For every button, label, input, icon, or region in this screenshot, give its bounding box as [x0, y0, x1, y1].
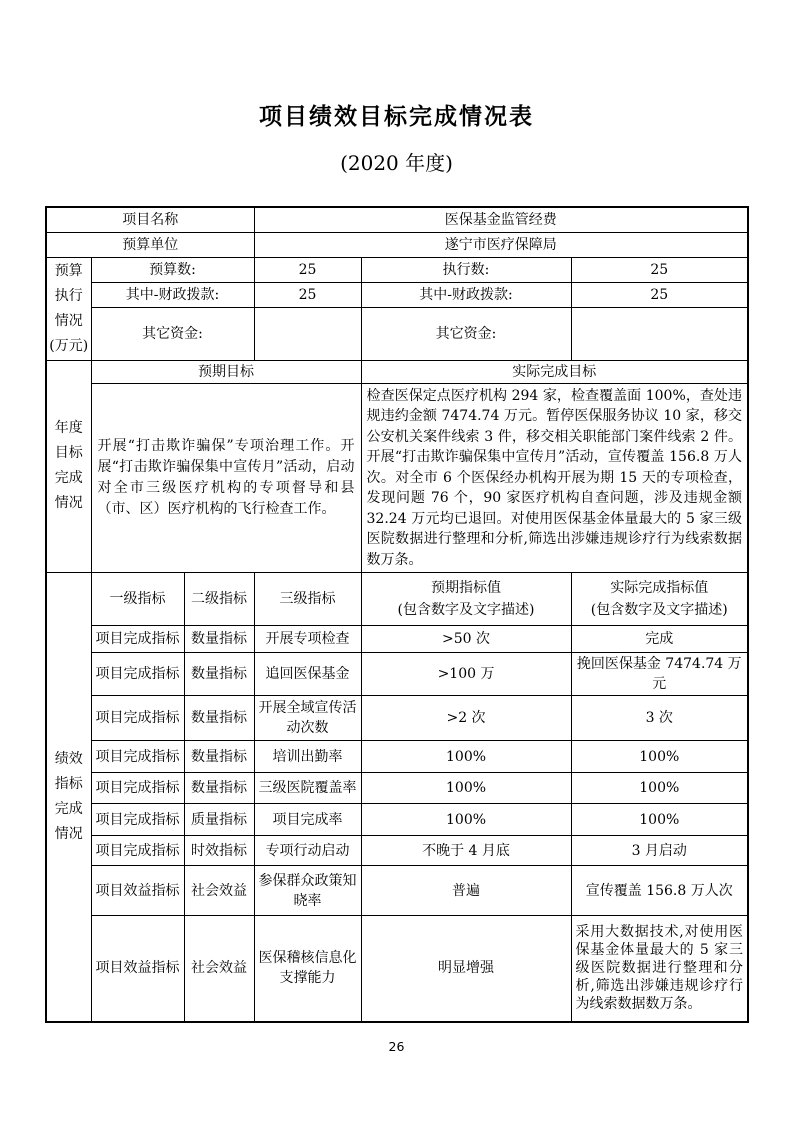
cell-expected-target-text: 开展“打击欺诈骗保”专项治理工作。开展“打击欺诈骗保集中宣传月”活动，启动对全市…	[91, 383, 361, 573]
cell-expected: 100%	[361, 773, 571, 804]
cell-actual: 采用大数据技术,对使用医保基金体量最大的 5 家三级医院数据进行整理和分析,筛选…	[571, 916, 748, 1022]
cell-level3: 培训出勤率	[254, 741, 361, 773]
cell-budget-label: 其它资金:	[91, 307, 254, 360]
cell-level3: 专项行动启动	[254, 836, 361, 866]
cell-expected-target-header: 预期目标	[91, 360, 361, 383]
col-header-actual-value: 实际完成指标值 (包含数字及文字描述)	[571, 573, 748, 626]
indicator-row: 项目完成指标 时效指标 专项行动启动 不晚于 4 月底 3 月启动	[46, 836, 748, 866]
table-row: 年度 目标 完成 情况 预期目标 实际完成目标	[46, 360, 748, 383]
cell-budget-unit-label: 预算单位	[46, 232, 254, 257]
indicator-row: 项目完成指标 数量指标 追回医保基金 >100 万 挽回医保基金 7474.74…	[46, 653, 748, 696]
table-row: 其它资金: 其它资金:	[46, 307, 748, 360]
cell-budget-label: 其它资金:	[361, 307, 571, 360]
indicator-row: 项目完成指标 数量指标 开展专项检查 >50 次 完成	[46, 626, 748, 653]
cell-level1: 项目完成指标	[91, 696, 184, 741]
cell-level2: 数量指标	[184, 741, 254, 773]
cell-actual-target-header: 实际完成目标	[361, 360, 748, 383]
cell-budget-value	[254, 307, 361, 360]
indicator-row: 项目完成指标 数量指标 三级医院覆盖率 100% 100%	[46, 773, 748, 804]
table-row: 预算 执行 情况 (万元) 预算数: 25 执行数: 25	[46, 257, 748, 282]
performance-table: 项目名称 医保基金监管经费 预算单位 遂宁市医疗保障局 预算 执行 情况 (万元…	[45, 206, 749, 1023]
cell-expected: 明显增强	[361, 916, 571, 1022]
section-label-annual-target: 年度 目标 完成 情况	[46, 360, 91, 573]
col-header-level1: 一级指标	[91, 573, 184, 626]
cell-level3: 三级医院覆盖率	[254, 773, 361, 804]
cell-project-name-value: 医保基金监管经费	[254, 207, 748, 232]
cell-budget-value: 25	[571, 282, 748, 307]
table-row: 预算单位 遂宁市医疗保障局	[46, 232, 748, 257]
section-label-budget-execution: 预算 执行 情况 (万元)	[46, 257, 91, 360]
cell-level1: 项目完成指标	[91, 626, 184, 653]
cell-budget-value: 25	[254, 257, 361, 282]
cell-level2: 数量指标	[184, 773, 254, 804]
indicator-row: 项目效益指标 社会效益 参保群众政策知晓率 普遍 宣传覆盖 156.8 万人次	[46, 866, 748, 916]
cell-expected: 不晚于 4 月底	[361, 836, 571, 866]
col-header-level2: 二级指标	[184, 573, 254, 626]
cell-budget-label: 其中-财政拨款:	[361, 282, 571, 307]
cell-level3: 参保群众政策知晓率	[254, 866, 361, 916]
cell-level2: 社会效益	[184, 916, 254, 1022]
cell-expected: 100%	[361, 741, 571, 773]
cell-actual: 3 次	[571, 696, 748, 741]
cell-budget-value: 25	[571, 257, 748, 282]
cell-level2: 社会效益	[184, 866, 254, 916]
document-page: 项目绩效目标完成情况表 (2020 年度) 项目名称 医保基金监管经费 预算单位…	[0, 0, 793, 1122]
cell-level2: 数量指标	[184, 626, 254, 653]
indicator-row: 项目完成指标 质量指标 项目完成率 100% 100%	[46, 804, 748, 836]
page-title: 项目绩效目标完成情况表	[0, 0, 793, 131]
cell-expected: >50 次	[361, 626, 571, 653]
cell-actual-target-text: 检查医保定点医疗机构 294 家，检查覆盖面 100%，查处违规违约金额 747…	[361, 383, 748, 573]
cell-level3: 开展全域宣传活动次数	[254, 696, 361, 741]
indicator-row: 项目完成指标 数量指标 开展全域宣传活动次数 >2 次 3 次	[46, 696, 748, 741]
col-header-level3: 三级指标	[254, 573, 361, 626]
cell-level1: 项目完成指标	[91, 741, 184, 773]
cell-level1: 项目效益指标	[91, 866, 184, 916]
cell-budget-label: 执行数:	[361, 257, 571, 282]
cell-level3: 项目完成率	[254, 804, 361, 836]
cell-level2: 时效指标	[184, 836, 254, 866]
cell-level1: 项目完成指标	[91, 773, 184, 804]
cell-level3: 医保稽核信息化支撑能力	[254, 916, 361, 1022]
section-label-performance-indicators: 绩效 指标 完成 情况	[46, 573, 91, 1022]
cell-expected: 普遍	[361, 866, 571, 916]
cell-level1: 项目完成指标	[91, 653, 184, 696]
cell-expected: >2 次	[361, 696, 571, 741]
cell-level2: 数量指标	[184, 696, 254, 741]
cell-level2: 质量指标	[184, 804, 254, 836]
table-row: 开展“打击欺诈骗保”专项治理工作。开展“打击欺诈骗保集中宣传月”活动，启动对全市…	[46, 383, 748, 573]
col-header-expected-value: 预期指标值 (包含数字及文字描述)	[361, 573, 571, 626]
cell-actual: 3 月启动	[571, 836, 748, 866]
cell-actual: 100%	[571, 773, 748, 804]
cell-expected: >100 万	[361, 653, 571, 696]
cell-level1: 项目完成指标	[91, 836, 184, 866]
cell-project-name-label: 项目名称	[46, 207, 254, 232]
cell-actual: 100%	[571, 741, 748, 773]
table-row: 绩效 指标 完成 情况 一级指标 二级指标 三级指标 预期指标值 (包含数字及文…	[46, 573, 748, 626]
cell-actual: 100%	[571, 804, 748, 836]
page-number: 26	[0, 1039, 793, 1054]
cell-budget-label: 预算数:	[91, 257, 254, 282]
cell-actual: 挽回医保基金 7474.74 万元	[571, 653, 748, 696]
cell-actual: 宣传覆盖 156.8 万人次	[571, 866, 748, 916]
cell-level1: 项目效益指标	[91, 916, 184, 1022]
cell-level3: 开展专项检查	[254, 626, 361, 653]
cell-level3: 追回医保基金	[254, 653, 361, 696]
indicator-row: 项目完成指标 数量指标 培训出勤率 100% 100%	[46, 741, 748, 773]
page-subtitle: (2020 年度)	[0, 147, 793, 176]
table-row: 其中-财政拨款: 25 其中-财政拨款: 25	[46, 282, 748, 307]
cell-level2: 数量指标	[184, 653, 254, 696]
table-row: 项目名称 医保基金监管经费	[46, 207, 748, 232]
cell-level1: 项目完成指标	[91, 804, 184, 836]
cell-actual: 完成	[571, 626, 748, 653]
cell-budget-value	[571, 307, 748, 360]
cell-budget-label: 其中-财政拨款:	[91, 282, 254, 307]
cell-expected: 100%	[361, 804, 571, 836]
cell-budget-unit-value: 遂宁市医疗保障局	[254, 232, 748, 257]
cell-budget-value: 25	[254, 282, 361, 307]
indicator-row: 项目效益指标 社会效益 医保稽核信息化支撑能力 明显增强 采用大数据技术,对使用…	[46, 916, 748, 1022]
